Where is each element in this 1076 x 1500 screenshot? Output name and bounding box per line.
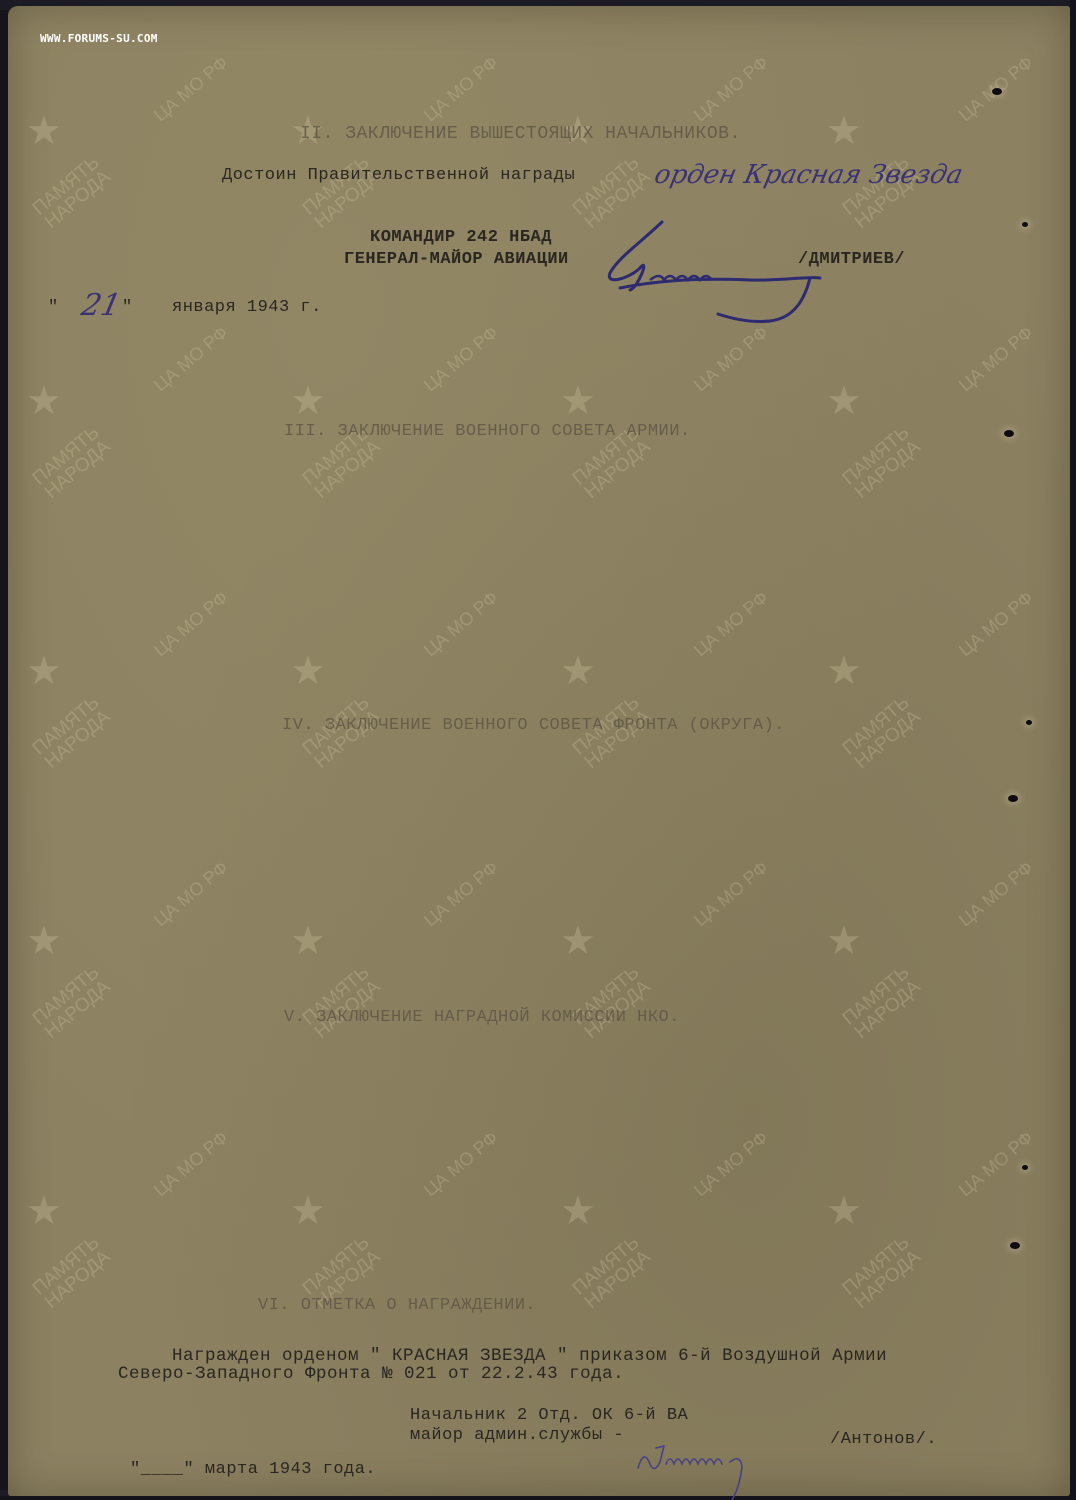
site-watermark-label: WWW.FORUMS-SU.COM xyxy=(40,32,158,45)
section-5-heading: V. ЗАКЛЮЧЕНИЕ НАГРАДНОЙ КОМИССИИ НКО. xyxy=(284,1008,680,1027)
punch-hole xyxy=(1026,720,1032,725)
registrar-title-line1: Начальник 2 Отд. ОК 6-й ВА xyxy=(410,1406,688,1425)
punch-hole xyxy=(992,88,1002,95)
award-handwritten: орден Красная Звезда xyxy=(652,160,966,190)
section-4-heading: IV. ЗАКЛЮЧЕНИЕ ВОЕННОГО СОВЕТА ФРОНТА (О… xyxy=(282,716,785,735)
scan-bottom-edge xyxy=(0,1496,1076,1500)
punch-hole xyxy=(1022,1165,1028,1170)
signature-dmitriev xyxy=(600,218,860,328)
registrar-title-line2: майор админ.службы - xyxy=(410,1426,624,1445)
punch-hole xyxy=(1010,1242,1020,1249)
section-3-heading: III. ЗАКЛЮЧЕНИЕ ВОЕННОГО СОВЕТА АРМИИ. xyxy=(284,422,691,441)
registration-date: "____" марта 1943 года. xyxy=(130,1460,376,1479)
section-2-heading: II. ЗАКЛЮЧЕНИЕ ВЫШЕСТОЯЩИХ НАЧАЛЬНИКОВ. xyxy=(300,124,741,144)
date-open-quote: " xyxy=(48,298,59,317)
scan-right-edge xyxy=(1070,0,1076,1500)
punch-hole xyxy=(1008,795,1018,802)
punch-hole xyxy=(1022,222,1028,227)
scan-left-edge xyxy=(0,10,8,1490)
section-6-heading: VI. ОТМЕТКА О НАГРАЖДЕНИИ. xyxy=(258,1296,536,1315)
award-decree-line2: Северо-Западного Фронта № 021 от 22.2.43… xyxy=(118,1364,624,1384)
signer-title-line2: ГЕНЕРАЛ-МАЙОР АВИАЦИИ xyxy=(344,250,569,269)
date-day-handwritten: 21 xyxy=(78,288,124,323)
date-month-year: января 1943 г. xyxy=(172,298,322,317)
registrar-name: /Антонов/. xyxy=(830,1430,937,1449)
worthy-award-label: Достоин Правительственной награды xyxy=(222,166,575,185)
award-decree-line1: Награжден орденом " КРАСНАЯ ЗВЕЗДА " при… xyxy=(172,1346,887,1366)
punch-hole xyxy=(1004,430,1014,437)
signer-title-line1: КОМАНДИР 242 НБАД xyxy=(370,228,552,247)
signature-antonov xyxy=(630,1440,770,1500)
date-close-quote: " xyxy=(122,298,133,317)
